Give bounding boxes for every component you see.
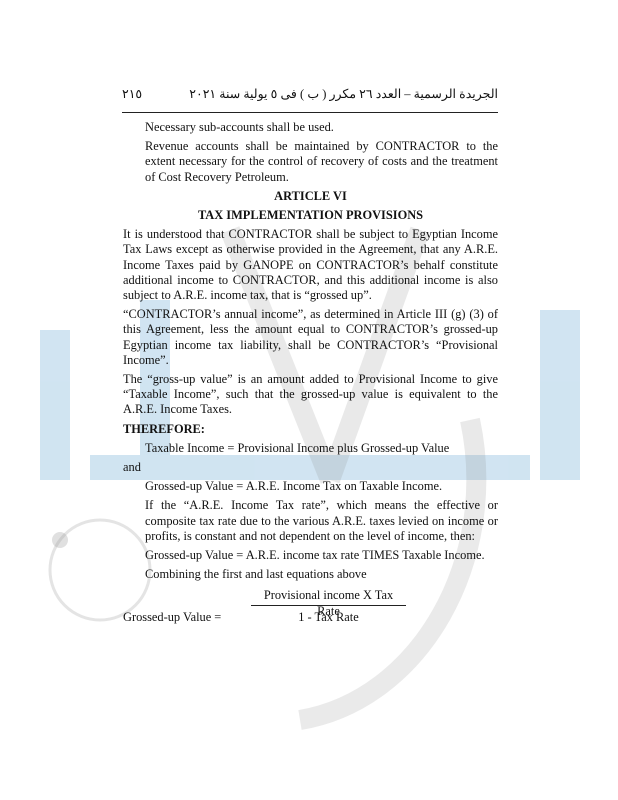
article-heading: ARTICLE VI [123,189,498,204]
paragraph: Necessary sub-accounts shall be used. [123,120,498,135]
fraction-bar [251,605,406,606]
formula: Provisional income X Tax Rate Grossed-up… [123,588,498,632]
header-rule [122,112,498,113]
formula-lhs: Grossed-up Value = [123,610,221,625]
paragraph: If the “A.R.E. Income Tax rate”, which m… [123,498,498,544]
formula-denominator: 1 - Tax Rate [251,610,406,625]
article-title: TAX IMPLEMENTATION PROVISIONS [123,208,498,223]
gazette-title: الجريدة الرسمية – العدد ٢٦ مكرر ( ب ) فى… [189,86,498,102]
paragraph: and [123,460,498,475]
document-body: Necessary sub-accounts shall be used. Re… [123,120,498,632]
equation: Grossed-up Value = A.R.E. income tax rat… [123,548,498,563]
page-number: ٢١٥ [122,86,142,102]
paragraph: Combining the first and last equations a… [123,567,498,582]
therefore-heading: THEREFORE: [123,422,498,437]
paragraph: The “gross-up value” is an amount added … [123,372,498,418]
paragraph: Revenue accounts shall be maintained by … [123,139,498,185]
paragraph: “CONTRACTOR’s annual income”, as determi… [123,307,498,368]
document-page: الجريدة الرسمية – العدد ٢٦ مكرر ( ب ) فى… [0,0,618,800]
equation: Grossed-up Value = A.R.E. Income Tax on … [123,479,498,494]
equation: Taxable Income = Provisional Income plus… [123,441,498,456]
page-header: الجريدة الرسمية – العدد ٢٦ مكرر ( ب ) فى… [122,86,498,104]
paragraph: It is understood that CONTRACTOR shall b… [123,227,498,303]
